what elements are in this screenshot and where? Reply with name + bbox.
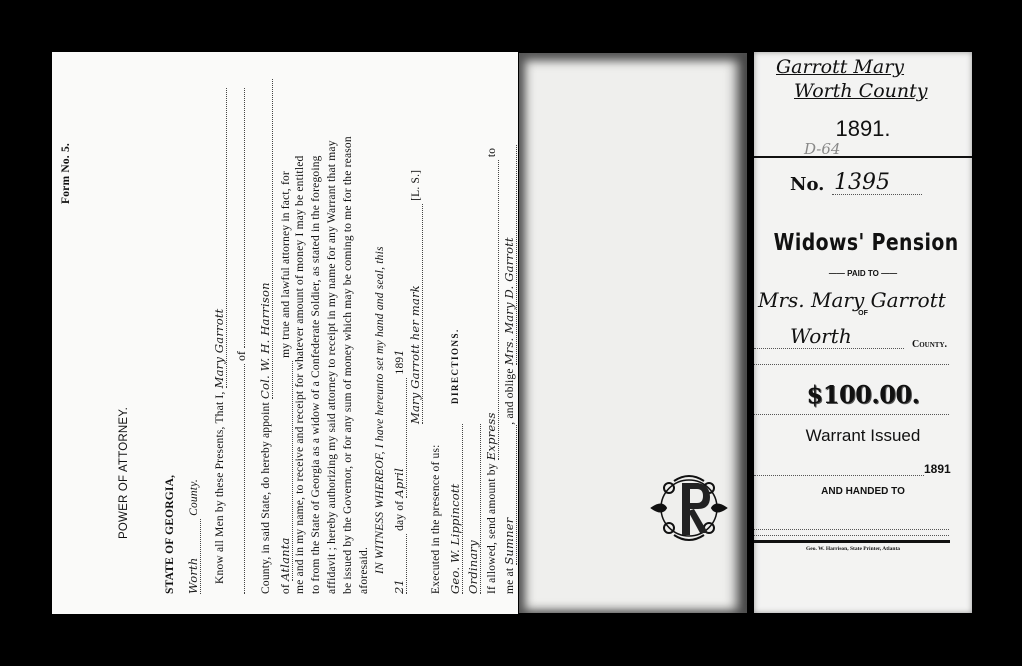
number-handwritten: 1395 bbox=[834, 170, 890, 195]
pension-heading: Widows' Pension bbox=[774, 230, 953, 256]
signature-handwritten: Mary Garrott her mark bbox=[408, 285, 422, 424]
send-by-handwritten: Express bbox=[484, 412, 498, 460]
form-title: POWER OF ATTORNEY. bbox=[118, 407, 130, 539]
oblige-handwritten: Mrs. Mary D. Garrott bbox=[502, 237, 516, 365]
send-by-line: If allowed, send amount by Express to bbox=[484, 148, 499, 594]
docket-name-handwritten: Garrott Mary bbox=[776, 56, 904, 78]
to-label: to bbox=[486, 148, 498, 157]
divider bbox=[754, 540, 950, 543]
printer-credit: Geo. W. Harrison, State Printer, Atlanta bbox=[754, 546, 952, 552]
witness-clause: IN WITNESS WHEREOF, I have hereunto set … bbox=[374, 246, 386, 574]
docket-county-handwritten: Worth County bbox=[794, 80, 928, 102]
divider bbox=[754, 535, 949, 536]
day-handwritten: 21 bbox=[392, 579, 406, 594]
state-heading: STATE OF GEORGIA, bbox=[164, 475, 176, 594]
seal-mark: [L. S.] bbox=[410, 170, 422, 201]
of-line: of bbox=[236, 88, 248, 594]
county-field: Worth County. bbox=[186, 479, 201, 594]
county-handwritten: Worth bbox=[186, 558, 200, 595]
warrant-issued-label: Warrant Issued bbox=[754, 426, 972, 446]
intro-line: Know all Men by these Presents, That I, … bbox=[212, 88, 227, 584]
paid-to-text: PAID TO bbox=[847, 269, 879, 278]
pension-amount: $100.00. bbox=[754, 380, 972, 409]
day-of-label: day of bbox=[394, 501, 406, 531]
appoint-text: County, in said State, do hereby appoint bbox=[260, 402, 272, 594]
signature-line: Mary Garrott her mark [L. S.] bbox=[408, 170, 423, 424]
attorney-handwritten: Col. W. H. Harrison bbox=[258, 282, 272, 399]
body-line: be issued by the Governor, or for any su… bbox=[342, 136, 354, 594]
month-handwritten: April bbox=[392, 468, 406, 498]
blank-reverse-panel bbox=[519, 53, 747, 613]
attorney-of-label: of bbox=[280, 584, 292, 594]
of-label: OF bbox=[754, 310, 972, 317]
county-label: County. bbox=[912, 339, 947, 350]
handed-to-label: AND HANDED TO bbox=[754, 486, 972, 497]
me-at-handwritten: Sumner bbox=[502, 518, 516, 565]
appoint-line: County, in said State, do hereby appoint… bbox=[258, 79, 273, 594]
me-at-line: me at Sumner, and oblige Mrs. Mary D. Ga… bbox=[502, 145, 517, 594]
year-handwritten: 1 bbox=[392, 349, 406, 357]
divider bbox=[754, 156, 972, 158]
witness1-line: Geo. W. Lippincott bbox=[448, 424, 463, 594]
directions-heading: DIRECTIONS. bbox=[450, 328, 460, 404]
body-line: to from the State of Georgia as a widow … bbox=[310, 155, 322, 594]
principal-name-handwritten: Mary Garrott bbox=[212, 309, 226, 389]
body-line: aforesaid. bbox=[358, 547, 370, 594]
payee-handwritten: Mrs. Mary Garrott bbox=[758, 288, 946, 312]
ornate-monogram-icon bbox=[644, 463, 734, 553]
number-underline bbox=[832, 194, 922, 195]
form-number: Form No. 5. bbox=[60, 143, 72, 204]
body-line: affidavit ; hereby authorizing my said a… bbox=[326, 140, 338, 594]
attorney-location-line: of Atlanta my true and lawful attorney i… bbox=[278, 171, 293, 594]
oblige-label: , and oblige bbox=[504, 368, 516, 424]
me-at-label: me at bbox=[504, 568, 516, 594]
divider bbox=[754, 364, 949, 365]
paid-to-label: —— PAID TO —— bbox=[754, 269, 972, 278]
witness2-handwritten: Ordinary bbox=[466, 540, 480, 594]
county-label: County. bbox=[188, 479, 200, 516]
witness1-handwritten: Geo. W. Lippincott bbox=[448, 484, 462, 594]
divider bbox=[754, 414, 949, 415]
rotated-form-content: Form No. 5. POWER OF ATTORNEY. STATE OF … bbox=[52, 52, 518, 614]
year-prefix: 189 bbox=[394, 357, 406, 375]
witness2-line: Ordinary bbox=[466, 424, 481, 594]
intro-text: Know all Men by these Presents, That I, bbox=[214, 391, 226, 584]
body-line: me and in my name, to receive and receip… bbox=[294, 156, 306, 594]
number-label: No. bbox=[790, 174, 824, 195]
county-handwritten: Worth bbox=[790, 324, 852, 348]
docket-year: 1891. bbox=[754, 116, 972, 142]
of-label: of bbox=[236, 351, 248, 361]
attorney-location-handwritten: Atlanta bbox=[278, 537, 292, 581]
county-underline bbox=[754, 348, 904, 349]
executed-label: Executed in the presence of us: bbox=[430, 444, 442, 594]
body-line: my true and lawful attorney in fact, for bbox=[280, 171, 292, 358]
date-line: 21 day of April 1891 bbox=[392, 349, 407, 594]
warrant-year: 1891 bbox=[924, 462, 951, 476]
handed-to-line bbox=[754, 529, 949, 530]
if-allowed-label: If allowed, send amount by bbox=[486, 463, 498, 594]
warrant-date-line bbox=[754, 475, 924, 476]
power-of-attorney-form: Form No. 5. POWER OF ATTORNEY. STATE OF … bbox=[52, 52, 518, 614]
widows-pension-docket: Garrott Mary Worth County 1891. D-64 No.… bbox=[754, 52, 972, 613]
